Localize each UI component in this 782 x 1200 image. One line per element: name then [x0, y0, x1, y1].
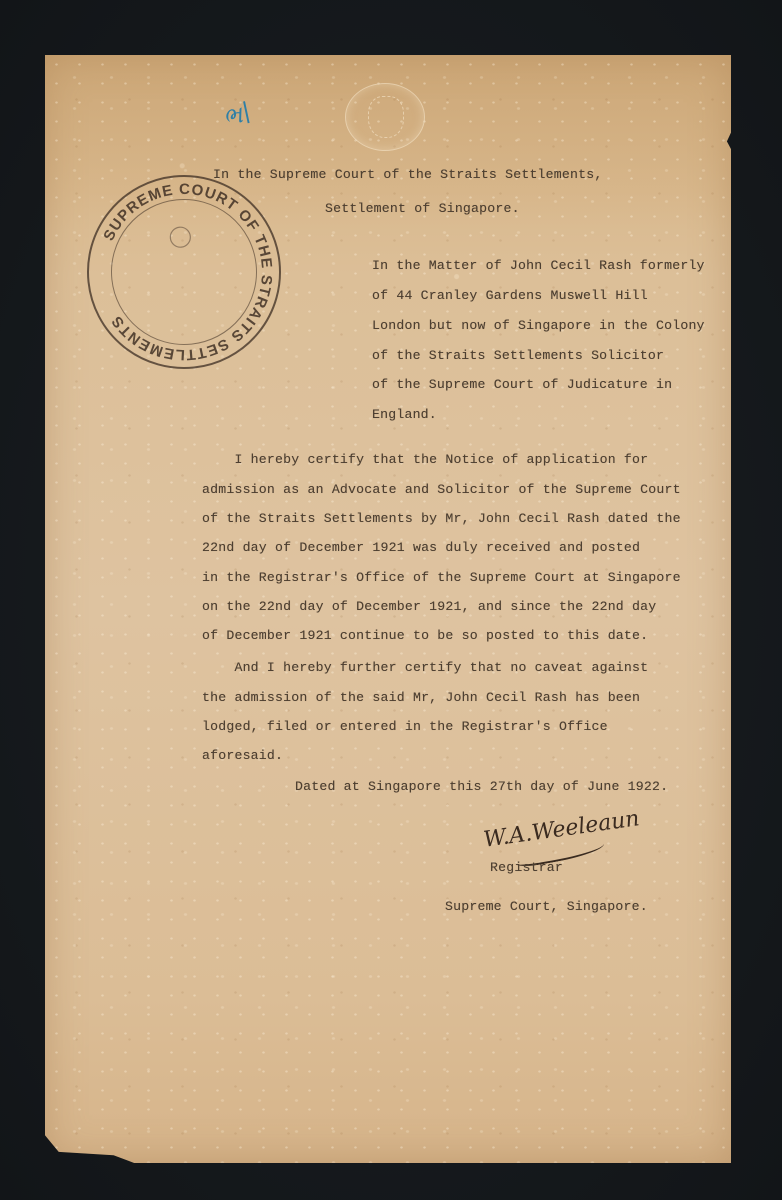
embossed-seal-icon	[345, 83, 425, 151]
matter-line: of the Straits Settlements Solicitor	[372, 348, 664, 363]
certify-paragraph-line: of December 1921 continue to be so poste…	[202, 628, 648, 643]
further-certify-line: aforesaid.	[202, 748, 283, 763]
matter-line: London but now of Singapore in the Colon…	[372, 318, 705, 333]
further-certify-line: And I hereby further certify that no cav…	[202, 660, 648, 675]
signatory-office: Supreme Court, Singapore.	[445, 899, 648, 914]
certify-paragraph-line: admission as an Advocate and Solicitor o…	[202, 482, 681, 497]
certify-paragraph-line: 22nd day of December 1921 was duly recei…	[202, 540, 640, 555]
signatory-title: Registrar	[490, 860, 563, 875]
heading-line-2: Settlement of Singapore.	[325, 201, 520, 216]
further-certify-line: the admission of the said Mr, John Cecil…	[202, 690, 640, 705]
matter-line: England.	[372, 407, 437, 422]
certify-paragraph-line: of the Straits Settlements by Mr, John C…	[202, 511, 681, 526]
pencil-annotation: ભ∣	[220, 98, 253, 131]
court-stamp-icon: SUPREME COURT OF THE STRAITS SETTLEMENTS	[77, 165, 290, 378]
dated-line: Dated at Singapore this 27th day of June…	[295, 779, 668, 794]
document-page: ભ∣ SUPREME COURT OF THE STRAITS SETTLEME…	[45, 55, 731, 1163]
further-certify-line: lodged, filed or entered in the Registra…	[202, 719, 608, 734]
svg-text:SUPREME COURT OF THE STRAITS S: SUPREME COURT OF THE STRAITS SETTLEMENTS	[94, 172, 284, 371]
matter-line: of 44 Cranley Gardens Muswell Hill	[372, 288, 648, 303]
certify-paragraph-line: in the Registrar's Office of the Supreme…	[202, 570, 681, 585]
certify-paragraph-line: on the 22nd day of December 1921, and si…	[202, 599, 656, 614]
matter-line: In the Matter of John Cecil Rash formerl…	[372, 258, 705, 273]
heading-line-1: In the Supreme Court of the Straits Sett…	[213, 167, 602, 182]
stamp-text-ring: SUPREME COURT OF THE STRAITS SETTLEMENTS	[80, 168, 289, 377]
certify-paragraph-line: I hereby certify that the Notice of appl…	[202, 452, 648, 467]
matter-line: of the Supreme Court of Judicature in	[372, 377, 672, 392]
